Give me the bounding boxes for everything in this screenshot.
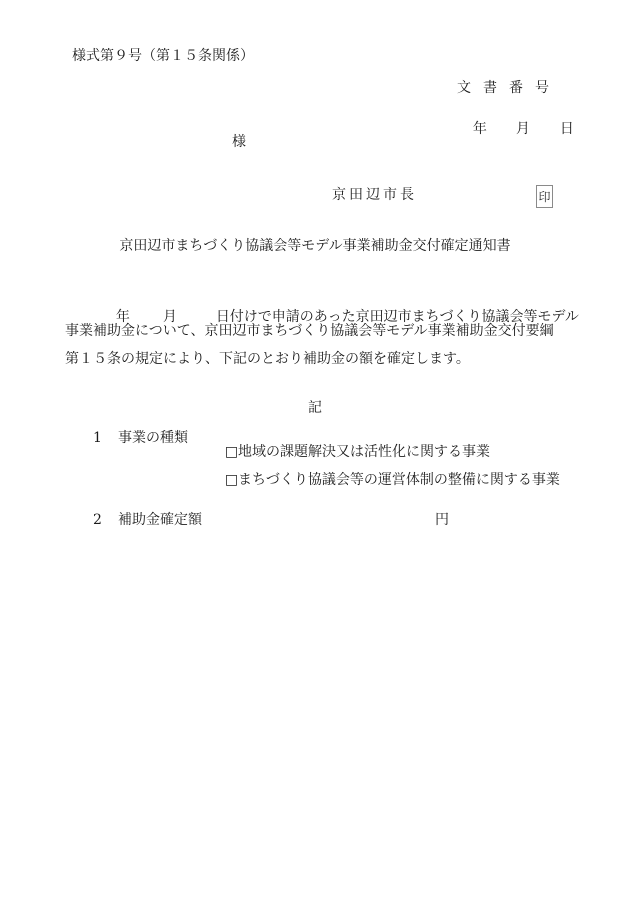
- body-line-3: 第１５条の規定により、下記のとおり補助金の額を確定します。: [65, 352, 470, 366]
- checkbox-empty-icon[interactable]: □: [225, 472, 238, 488]
- form-number: 様式第９号（第１５条関係）: [72, 49, 254, 63]
- seal-mark: 印: [538, 191, 550, 203]
- body-line-2: 事業補助金について、京田辺市まちづくり協議会等モデル事業補助金交付要綱: [65, 324, 554, 338]
- document-title: 京田辺市まちづくり協議会等モデル事業補助金交付確定通知書: [0, 239, 630, 253]
- date-day-label: 日: [560, 121, 574, 137]
- item1-number: 1: [93, 431, 102, 445]
- date-month-label: 月: [516, 121, 530, 137]
- checkbox-empty-icon[interactable]: □: [225, 444, 238, 460]
- seal-box: 印: [536, 185, 553, 208]
- item1-option-2: □まちづくり協議会等の運営体制の整備に関する事業: [207, 459, 560, 501]
- document-page: 様式第９号（第１５条関係） 文書番号 年月日 様 京田辺市長 印 京田辺市まちづ…: [0, 0, 630, 903]
- item1-option-1-label: 地域の課題解決又は活性化に関する事業: [238, 444, 490, 460]
- date-year-label: 年: [473, 121, 487, 137]
- item2-number: 2: [93, 513, 102, 527]
- record-marker: 記: [0, 401, 630, 415]
- item2-unit-label: 円: [435, 513, 449, 527]
- item1-option-2-label: まちづくり協議会等の運営体制の整備に関する事業: [238, 472, 560, 488]
- document-number-label: 文書番号: [457, 81, 561, 95]
- sender-title: 京田辺市長: [332, 188, 417, 202]
- date-line: 年月日: [455, 108, 574, 150]
- item1-label: 事業の種類: [118, 431, 188, 445]
- addressee-honorific: 様: [232, 135, 246, 149]
- item2-label: 補助金確定額: [118, 513, 202, 527]
